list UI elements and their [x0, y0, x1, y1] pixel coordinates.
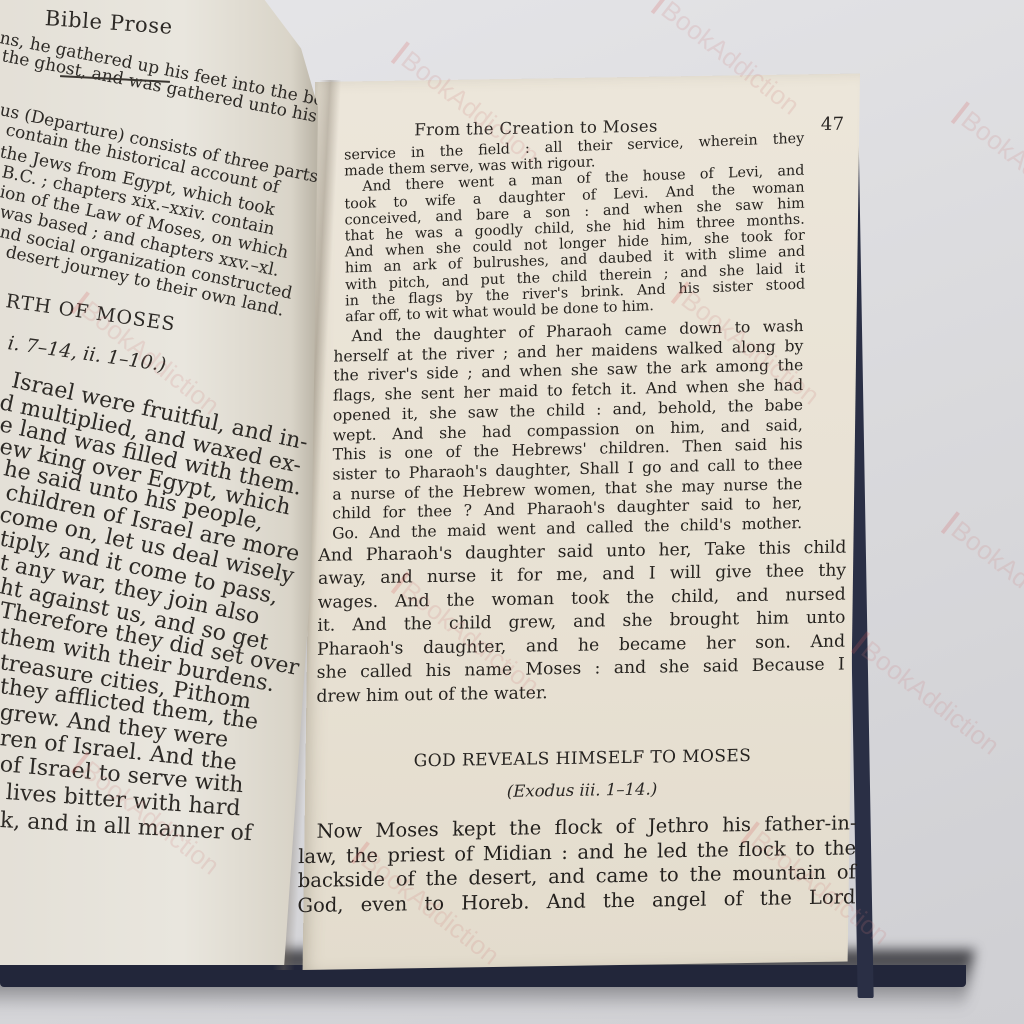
watermark: BookAddiction — [849, 630, 1005, 762]
left-running-header: Bible Prose — [44, 6, 173, 39]
watermark: BookAddiction — [939, 510, 1024, 642]
watermark-bar-icon — [941, 511, 960, 534]
left-section-reference: i. 7–14, ii. 1–10.) — [6, 332, 167, 376]
left-section-heading: RTH OF MOSES — [4, 290, 176, 336]
photo-scene: From the Creation to Moses 47 service in… — [0, 0, 1024, 1024]
watermark-bar-icon — [391, 41, 410, 64]
watermark: BookAddiction — [949, 100, 1024, 232]
left-page: Bible Prose ns, he gathered up his feet … — [0, 0, 318, 965]
section-scripture-reference: (Exodus iii. 1–14.) — [317, 777, 847, 804]
watermark-bar-icon — [951, 101, 970, 124]
paragraph-burning-bush-intro: Now Moses kept the flock of Jethro his f… — [297, 812, 856, 919]
page-number: 47 — [821, 114, 845, 135]
paragraph-moses-named: And Pharaoh's daughter said unto her, Ta… — [316, 537, 846, 710]
book-cover-bottom-edge — [0, 965, 966, 987]
paragraph-pharaoh-daughter: And the daughter of Pharaoh came down to… — [332, 317, 804, 544]
paragraph-levi: service in the field : all their service… — [344, 131, 805, 326]
watermark-bar-icon — [651, 0, 670, 14]
section-heading-god-reveals: GOD REVEALS HIMSELF TO MOSES — [317, 745, 847, 773]
right-page: From the Creation to Moses 47 service in… — [303, 73, 860, 970]
right-page-body: service in the field : all their service… — [325, 140, 806, 918]
